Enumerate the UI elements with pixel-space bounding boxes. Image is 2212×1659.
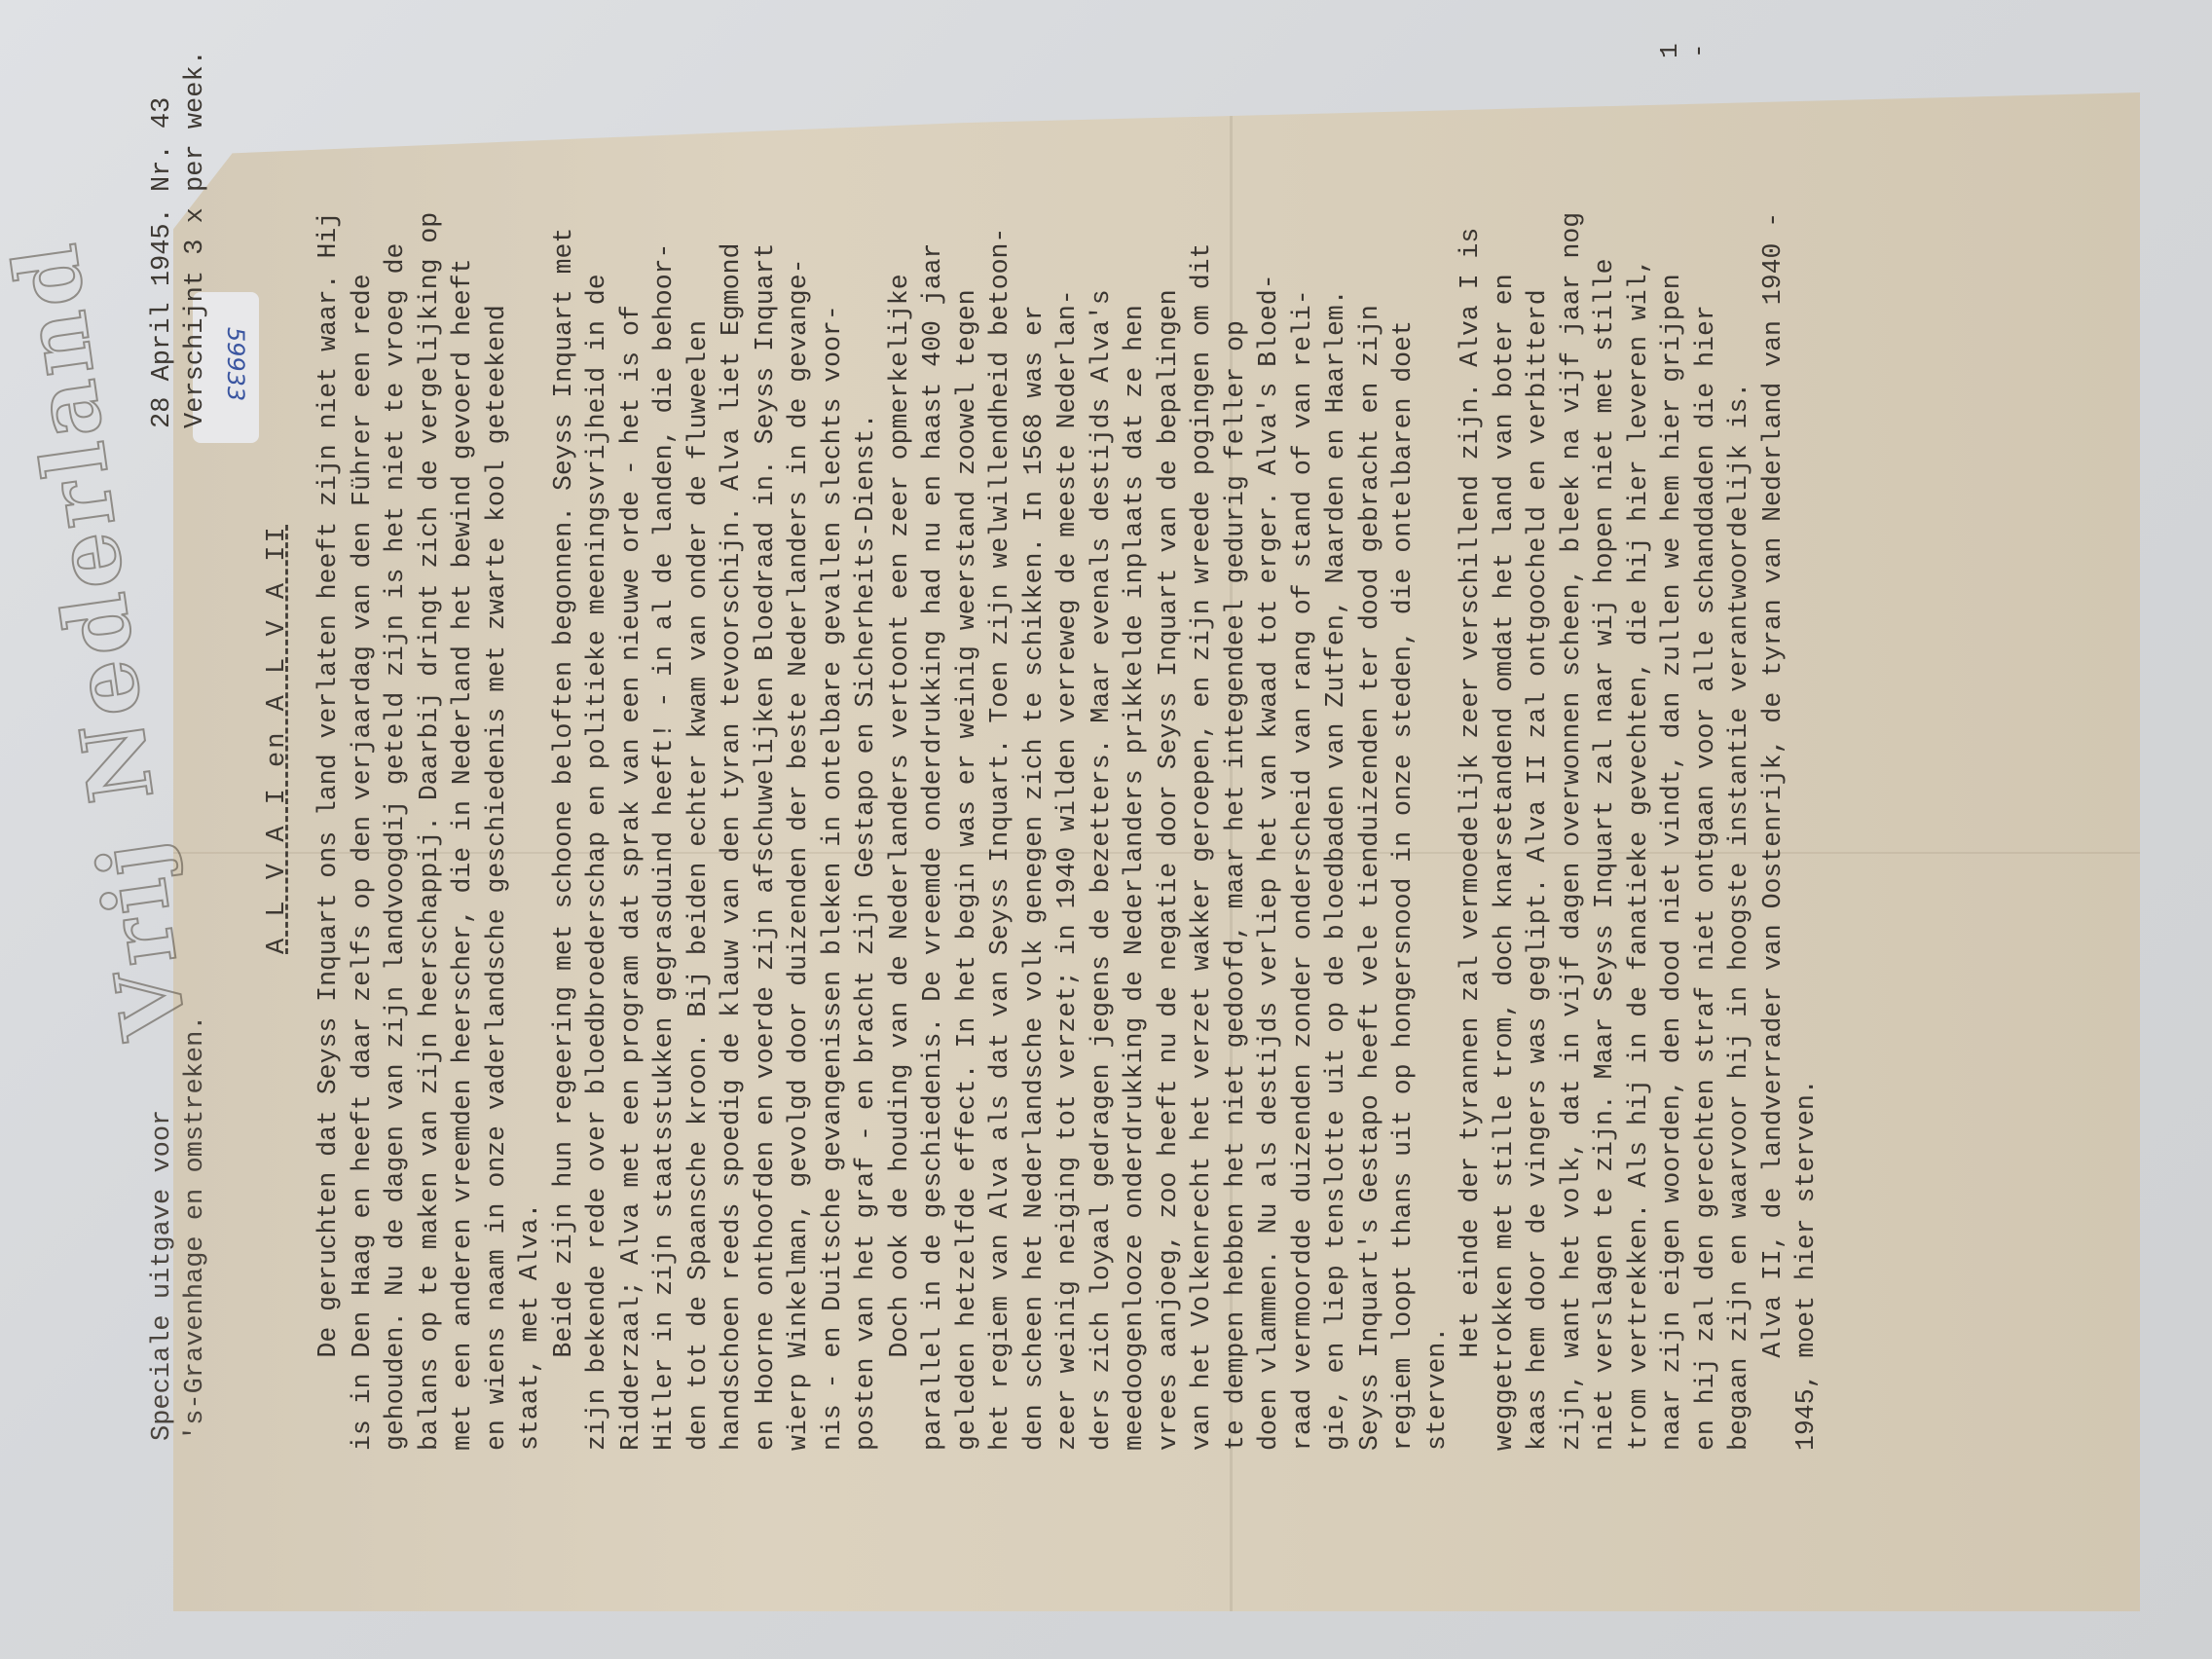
edition-line-2: 's-Gravenhage en omstreken. [179, 1015, 212, 1441]
article-title: A L V A I en A L V A II [263, 524, 292, 954]
page-number: 1 - [1655, 19, 1714, 58]
issue-frequency: Verschijnt 3 x per week. [179, 50, 212, 428]
issue-date: 28 April 1945. Nr. 43 [146, 50, 179, 428]
rotated-page-content: Vrij Nederland Speciale uitgave voor 's-… [19, 19, 1918, 1499]
issue-info: 28 April 1945. Nr. 43 Verschijnt 3 x per… [146, 50, 212, 428]
article-body: De geruchten dat Seyss Inquart ons land … [312, 68, 1824, 1451]
edition-line-1: Speciale uitgave voor [146, 1015, 179, 1441]
edition-info: Speciale uitgave voor 's-Gravenhage en o… [146, 1015, 212, 1441]
